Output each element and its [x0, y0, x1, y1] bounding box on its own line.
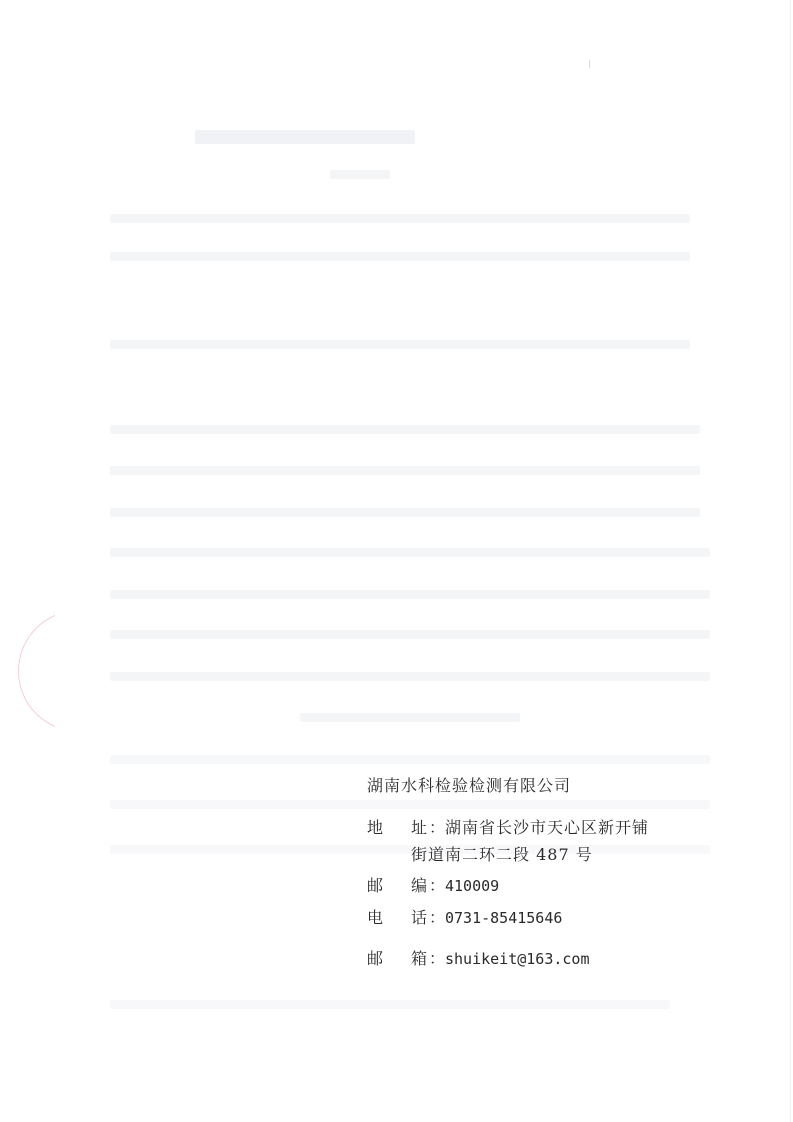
show-through-line — [330, 170, 390, 179]
show-through-line — [110, 800, 710, 809]
show-through-title — [195, 130, 415, 144]
postcode-colon: ： — [429, 876, 446, 896]
show-through-line — [300, 713, 520, 722]
show-through-line — [110, 466, 700, 475]
address-label-2: 址 — [411, 818, 428, 838]
show-through-line — [110, 845, 710, 854]
email-colon: ： — [429, 949, 446, 969]
show-through-line — [110, 425, 700, 434]
postcode-value: 410009 — [445, 876, 499, 896]
show-through-line — [110, 672, 710, 681]
company-name: 湖南水科检验检测有限公司 — [367, 776, 571, 796]
phone-label-2: 话 — [411, 908, 428, 928]
email-label-2: 箱 — [411, 949, 428, 969]
postcode-label-1: 邮 — [367, 876, 384, 896]
email-value: shuikeit@163.com — [445, 949, 590, 969]
scan-mark — [589, 60, 590, 68]
page-edge-line — [790, 0, 791, 1122]
document-page: 湖南水科检验检测有限公司 地 址 ： 湖南省长沙市天心区新开铺 街道南二环二段 … — [0, 0, 793, 1122]
email-label-1: 邮 — [367, 949, 384, 969]
show-through-line — [110, 214, 690, 223]
show-through-line — [110, 755, 710, 764]
phone-value: 0731-85415646 — [445, 908, 562, 928]
address-label-1: 地 — [367, 818, 384, 838]
seal-stamp-trace — [18, 610, 140, 732]
show-through-line — [110, 1000, 670, 1009]
show-through-line — [110, 340, 690, 349]
phone-label-1: 电 — [367, 908, 384, 928]
postcode-label-2: 编 — [411, 876, 428, 896]
address-line-2: 街道南二环二段 487 号 — [411, 845, 593, 865]
phone-colon: ： — [429, 908, 446, 928]
show-through-line — [110, 590, 710, 599]
show-through-line — [110, 630, 710, 639]
address-colon: ： — [429, 818, 446, 838]
show-through-line — [110, 548, 710, 557]
show-through-line — [110, 508, 700, 517]
show-through-line — [110, 252, 690, 261]
address-line-1: 湖南省长沙市天心区新开铺 — [445, 818, 649, 838]
